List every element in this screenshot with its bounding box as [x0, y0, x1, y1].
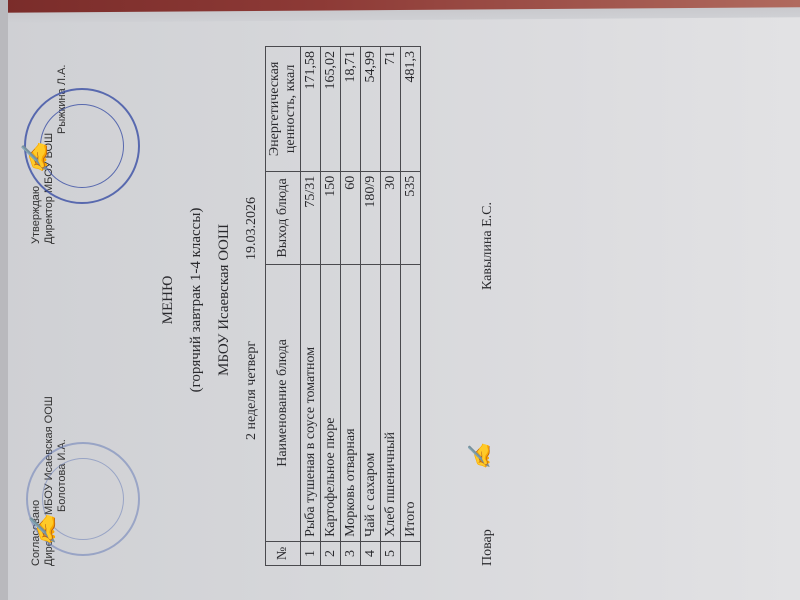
row-number: 4: [361, 541, 381, 565]
table-header-row: № Наименование блюда Выход блюда Энергет…: [266, 47, 301, 566]
page-subtitle: (горячий завтрак 1-4 классы): [188, 10, 205, 590]
week-label: 2 неделя четверг: [244, 341, 260, 440]
dish-yield: 60: [341, 171, 361, 264]
dish-kcal: 54,99: [361, 47, 381, 172]
row-number: 2: [321, 541, 341, 565]
dish-yield: 180/9: [361, 171, 381, 264]
table-row: 5Хлеб пшеничный3071: [381, 47, 401, 566]
dish-kcal: 18,71: [341, 47, 361, 172]
approval-block-right: Утверждаю Директор МБОУ ВОШ Рыжкина Л.А.…: [30, 34, 69, 244]
dish-name: Хлеб пшеничный: [381, 265, 401, 542]
dish-name: Морковь отварная: [341, 265, 361, 542]
signature-icon: ✍: [30, 142, 43, 174]
row-number: 1: [301, 541, 321, 565]
signature-icon: ✍: [38, 514, 51, 546]
dish-yield: 150: [321, 171, 341, 264]
page-title: МЕНЮ: [160, 10, 177, 590]
dish-kcal: 165,02: [321, 47, 341, 172]
table-row: 2Картофельное пюре150165,02: [321, 47, 341, 566]
menu-document: Согласовано Директор МБОУ Исаевская ООШ …: [10, 10, 790, 590]
dish-yield: 75/31: [301, 171, 321, 264]
dish-name: Рыба тушеная в соусе томатном: [301, 265, 321, 542]
dish-name: Итого: [401, 265, 421, 542]
row-number: [401, 541, 421, 565]
table-row: 3Морковь отварная6018,71: [341, 47, 361, 566]
dish-name: Картофельное пюре: [321, 265, 341, 542]
column-header-yield: Выход блюда: [266, 171, 301, 264]
table-row: 4Чай с сахаром180/954,99: [361, 47, 381, 566]
table-row: Итого535481,3: [401, 47, 421, 566]
row-number: 5: [381, 541, 401, 565]
paper-edge-left: [0, 0, 8, 600]
column-header-dish: Наименование блюда: [266, 265, 301, 542]
cook-name: Кавылина Е.С.: [480, 202, 496, 290]
dish-yield: 535: [401, 171, 421, 264]
dish-name: Чай с сахаром: [361, 265, 381, 542]
school-name: МБОУ Исаевская ООШ: [216, 10, 233, 590]
dish-kcal: 171,58: [301, 47, 321, 172]
column-header-number: №: [266, 541, 301, 565]
menu-date: 19.03.2026: [244, 197, 260, 260]
dish-kcal: 71: [381, 47, 401, 172]
row-number: 3: [341, 541, 361, 565]
column-header-kcal: Энергетическая ценность, ккал: [266, 47, 301, 172]
dish-kcal: 481,3: [401, 47, 421, 172]
menu-table: № Наименование блюда Выход блюда Энергет…: [265, 46, 421, 566]
signature-icon: ✍: [468, 443, 493, 470]
table-row: 1Рыба тушеная в соусе томатном75/31171,5…: [301, 47, 321, 566]
approval-block-left: Согласовано Директор МБОУ Исаевская ООШ …: [30, 346, 69, 566]
cook-label: Повар: [480, 529, 496, 566]
dish-yield: 30: [381, 171, 401, 264]
